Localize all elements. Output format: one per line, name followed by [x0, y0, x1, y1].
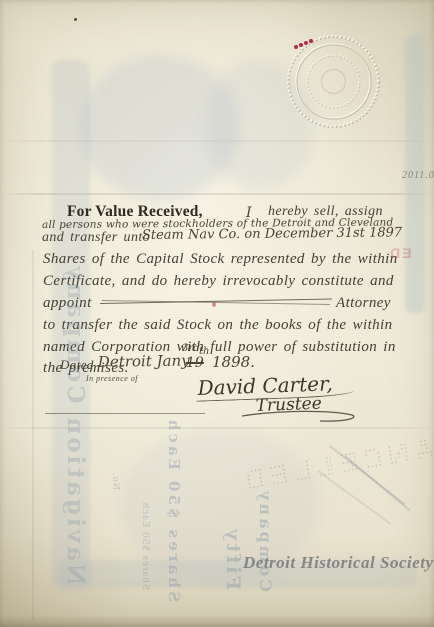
body-line-transfer: to transfer the said Stock on the books …	[43, 317, 393, 334]
accession-number: 2011.043.004	[402, 170, 434, 181]
body-line-certificate: Certificate, and do hereby irrevocably c…	[43, 273, 394, 290]
transfer-unto-label: and transfer unto	[42, 230, 150, 246]
dated-struck-day: 19	[186, 355, 204, 371]
vertical-crease	[32, 250, 34, 620]
embossed-seal	[285, 33, 383, 131]
bleed-shares-small: Shares $50 Each	[140, 440, 152, 590]
handwritten-transfer-entry: Steam Nav Co. on December 31st 1897	[142, 225, 402, 243]
dated-place-handwritten: Detroit Jany	[98, 351, 190, 371]
red-dot-2	[299, 43, 303, 47]
red-dot-4	[309, 39, 313, 43]
certificate-back-scan: 2011.043.004 ED For Value Received, I he…	[0, 0, 434, 627]
red-dot-3	[304, 41, 308, 45]
presence-label: In presence of	[86, 374, 138, 383]
body-line-attorney: Attorney	[336, 295, 391, 312]
bleed-gothic-large: Navigation Company	[62, 395, 89, 585]
red-smudge	[212, 302, 216, 307]
bleed-shares-gothic: Shares $50 Each	[165, 432, 183, 602]
historical-society-watermark: Detroit Historical Society	[243, 553, 434, 573]
accession-number-wrap: 2011.043.004	[402, 165, 434, 183]
red-dot-1	[294, 45, 298, 49]
cancelled-punch-wrap: CANCELLED	[238, 448, 434, 481]
bleed-no-label: No.	[110, 430, 121, 490]
dated-inserted-day: 3rd	[182, 343, 200, 354]
dated-year: 1898.	[212, 353, 255, 371]
ink-speck	[74, 18, 77, 21]
body-line-shares: Shares of the Capital Stock represented …	[43, 251, 398, 268]
dated-day-suffix: th	[199, 346, 209, 357]
